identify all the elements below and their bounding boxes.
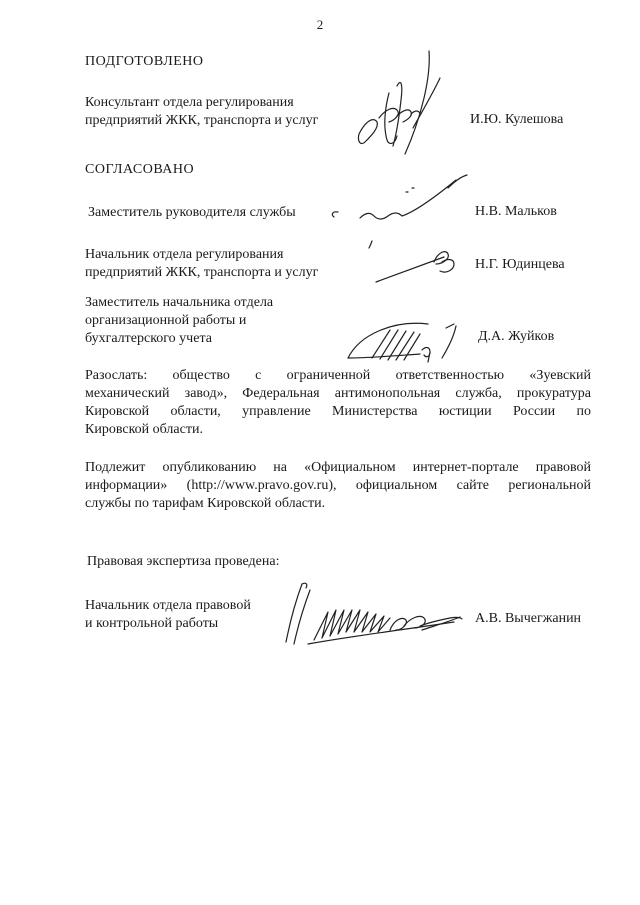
zhuykov-signature-icon [342, 312, 462, 367]
legal-review-heading: Правовая экспертиза проведена: [87, 554, 279, 570]
paragraph-line: службы по тарифам Кировской области. [85, 495, 591, 513]
paragraph-line: механический завод», Федеральная антимон… [85, 385, 591, 403]
signatory-title: Заместитель начальника отдела организаци… [85, 294, 355, 348]
paragraph-line: Кировской области, управление Министерст… [85, 403, 591, 421]
signatory-title-line: предприятий ЖКК, транспорта и услуг [85, 112, 355, 130]
vychegzhanin-signature-icon [272, 580, 472, 648]
signatory-title-line: бухгалтерского учета [85, 330, 355, 348]
signatory-title-line: организационной работы и [85, 312, 355, 330]
signatory-title-line: Заместитель начальника отдела [85, 294, 355, 312]
signatory-title-line: Заместитель руководителя службы [88, 204, 358, 222]
signatory-name: Д.А. Жуйков [478, 329, 554, 345]
paragraph-line: Разослать: общество с ограниченной ответ… [85, 367, 591, 385]
signatory-name: И.Ю. Кулешова [470, 112, 563, 128]
signatory-title-line: Начальник отдела регулирования [85, 246, 365, 264]
paragraph-line: Кировской области. [85, 421, 591, 439]
yudintseva-signature-icon [368, 240, 468, 285]
signatory-title: Консультант отдела регулирования предпри… [85, 94, 355, 130]
signatory-name: А.В. Вычегжанин [475, 611, 581, 627]
prepared-heading: ПОДГОТОВЛЕНО [85, 54, 203, 70]
signatory-title-line: предприятий ЖКК, транспорта и услуг [85, 264, 365, 282]
document-page: 2 ПОДГОТОВЛЕНО Консультант отдела регули… [0, 0, 640, 905]
signatory-name: Н.Г. Юдинцева [475, 257, 565, 273]
signatory-title: Заместитель руководителя службы [88, 204, 358, 222]
signatory-name: Н.В. Мальков [475, 204, 557, 220]
paragraph-line: Подлежит опубликованию на «Официальном и… [85, 459, 591, 477]
page-number: 2 [0, 17, 640, 33]
signatory-title: Начальник отдела регулирования предприят… [85, 246, 365, 282]
publication-paragraph: Подлежит опубликованию на «Официальном и… [85, 459, 591, 513]
agreed-heading: СОГЛАСОВАНО [85, 162, 194, 178]
paragraph-line: информации» (http://www.pravo.gov.ru), о… [85, 477, 591, 495]
kuleshova-signature-icon [345, 48, 450, 158]
distribution-paragraph: Разослать: общество с ограниченной ответ… [85, 367, 591, 439]
malkov-signature-icon [330, 172, 470, 228]
signatory-title-line: Консультант отдела регулирования [85, 94, 355, 112]
